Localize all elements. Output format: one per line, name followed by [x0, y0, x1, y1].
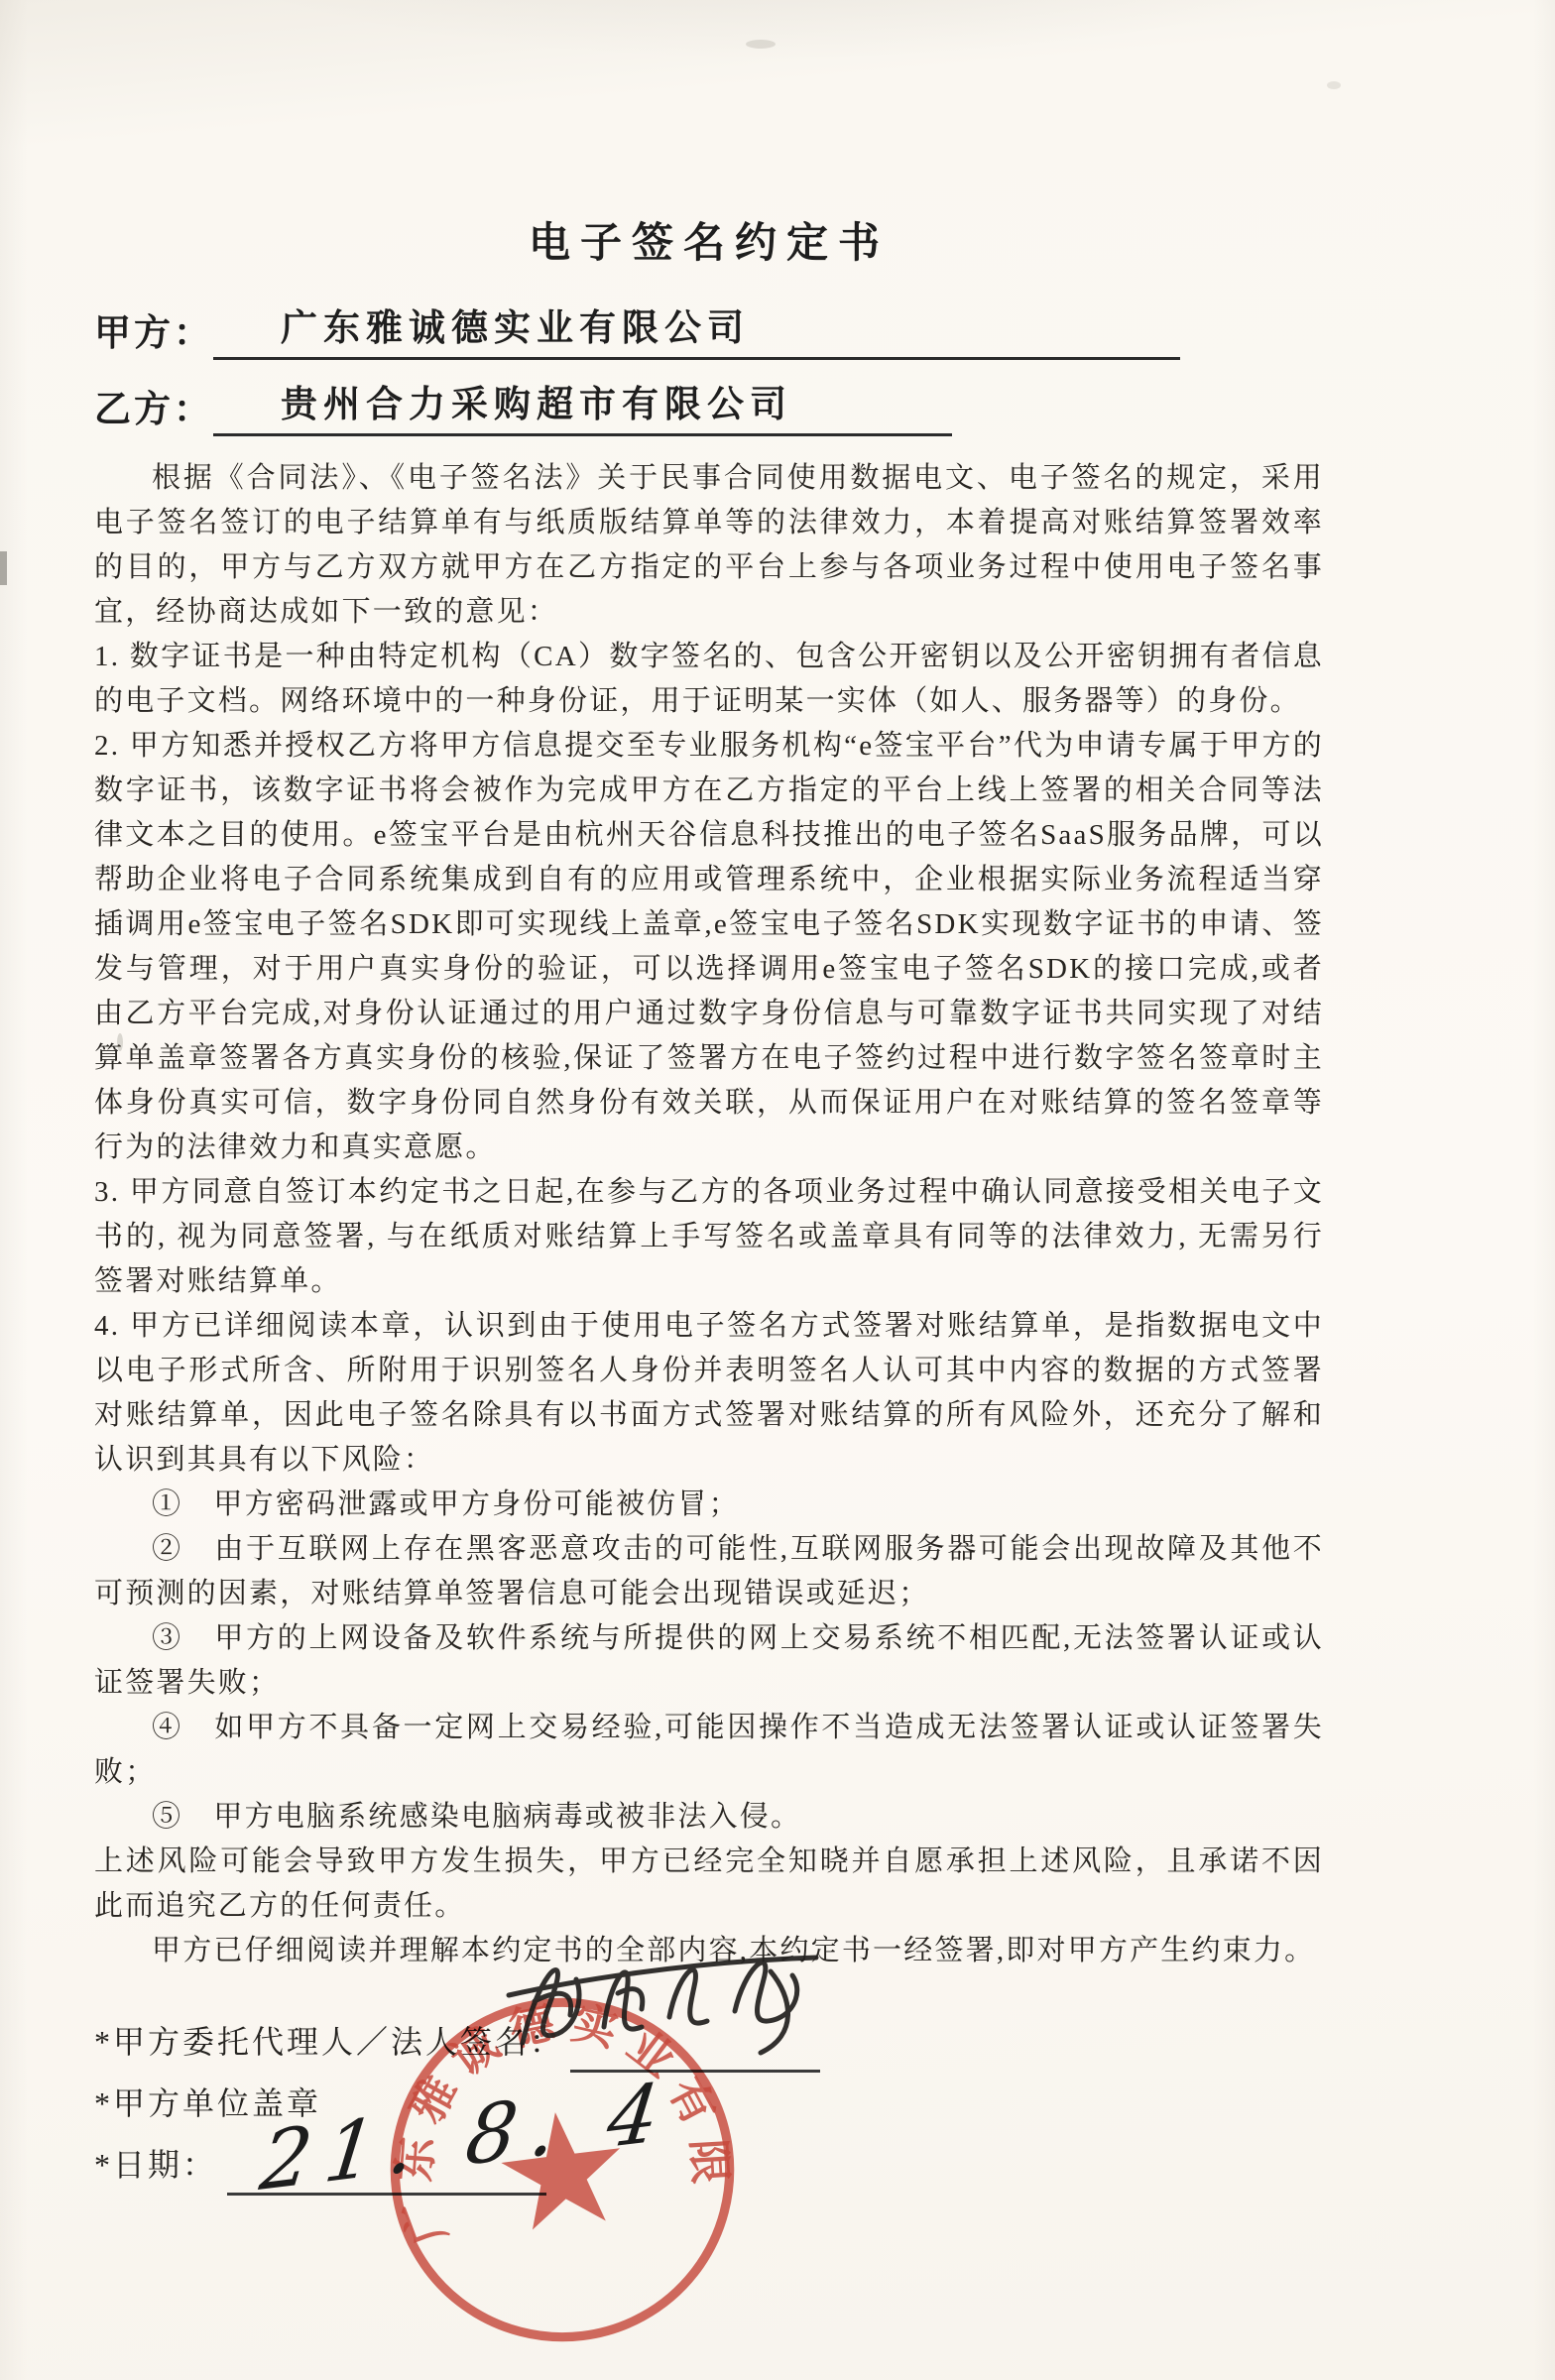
- document-body: 电子签名约定书 甲方： 广东雅诚德实业有限公司 乙方： 贵州合力采购超市有限公司…: [94, 210, 1324, 1973]
- party-a-row: 甲方： 广东雅诚德实业有限公司: [94, 303, 1324, 360]
- party-a-name: 广东雅诚德实业有限公司: [213, 303, 1180, 360]
- intro-paragraph: 根据《合同法》、《电子签名法》关于民事合同使用数据电文、电子签名的规定，采用电子…: [94, 456, 1324, 635]
- clause-1: 1. 数字证书是一种由特定机构（CA）数字签名的、包含公开密钥以及公开密钥拥有者…: [94, 635, 1324, 724]
- clauses: 根据《合同法》、《电子签名法》关于民事合同使用数据电文、电子签名的规定，采用电子…: [94, 456, 1324, 1973]
- risk-item-5: ⑤ 甲方电脑系统感染电脑病毒或被非法入侵。: [94, 1795, 1324, 1840]
- page-title: 电子签名约定书: [94, 210, 1324, 270]
- scan-speckle: [746, 40, 776, 49]
- party-a-label: 甲方：: [94, 308, 213, 360]
- scan-speckle: [1327, 81, 1341, 89]
- scan-edge-mark: [0, 551, 7, 585]
- risk-item-1: ① 甲方密码泄露或甲方身份可能被仿冒；: [94, 1483, 1324, 1527]
- clause-3: 3. 甲方同意自签订本约定书之日起,在参与乙方的各项业务过程中确认同意接受相关电…: [94, 1170, 1324, 1304]
- handwritten-signature: [501, 1932, 828, 2081]
- party-b-label: 乙方：: [94, 385, 213, 436]
- risk-summary: 上述风险可能会导致甲方发生损失，甲方已经完全知晓并自愿承担上述风险，且承诺不因此…: [94, 1840, 1324, 1929]
- party-b-name: 贵州合力采购超市有限公司: [213, 380, 952, 436]
- risk-item-2: ② 由于互联网上存在黑客恶意攻击的可能性,互联网服务器可能会出现故障及其他不可预…: [94, 1527, 1324, 1616]
- risk-item-3: ③ 甲方的上网设备及软件系统与所提供的网上交易系统不相匹配,无法签署认证或认证签…: [94, 1616, 1324, 1706]
- clause-4: 4. 甲方已详细阅读本章，认识到由于使用电子签名方式签署对账结算单，是指数据电文…: [94, 1304, 1324, 1483]
- risk-item-4: ④ 如甲方不具备一定网上交易经验,可能因操作不当造成无法签署认证或认证签署失败；: [94, 1706, 1324, 1795]
- party-b-row: 乙方： 贵州合力采购超市有限公司: [94, 380, 1324, 436]
- scanned-contract-page: 电子签名约定书 甲方： 广东雅诚德实业有限公司 乙方： 贵州合力采购超市有限公司…: [0, 0, 1555, 2380]
- date-label: *日期：: [94, 2134, 217, 2196]
- clause-2: 2. 甲方知悉并授权乙方将甲方信息提交至专业服务机构“e签宝平台”代为申请专属于…: [94, 724, 1324, 1170]
